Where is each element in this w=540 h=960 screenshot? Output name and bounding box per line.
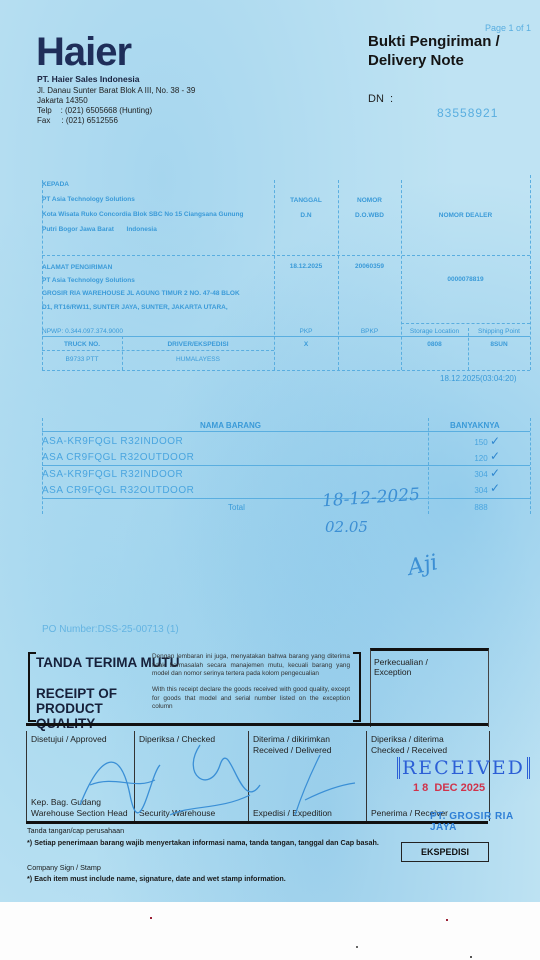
stamp-company: PT. GROSIR RIA JAYA xyxy=(430,811,540,833)
sign-note-id-label: Tanda tangan/cap perusahaan xyxy=(27,826,124,835)
items-border-right xyxy=(530,418,531,514)
document-title-en: Delivery Note xyxy=(368,52,464,69)
do-value: 20060359 xyxy=(338,263,401,270)
sign-note-id: *) Setiap penerimaan barang wajib menyer… xyxy=(27,838,379,847)
kepada-line: PT Asia Technology Solutions xyxy=(42,196,135,203)
do-wbd-header: D.O.WBD xyxy=(338,212,401,219)
kepada-line: Putri Bogor Jawa Barat Indonesia xyxy=(42,226,157,233)
alamat-line: D1, RT16/RW11, SUNTER JAYA, SUNTER, JAKA… xyxy=(42,304,228,311)
items-border-left xyxy=(42,418,43,514)
check-mark-icon: ✓ xyxy=(490,466,500,480)
tanda-terima-mutu-text: Dengan lembaran ini juga, menyatakan bah… xyxy=(152,653,350,679)
check-mark-icon: ✓ xyxy=(490,449,500,463)
bracket-left xyxy=(28,652,36,722)
driver-value: HUMALAYESS xyxy=(122,356,274,363)
table-row-divider xyxy=(401,323,530,324)
haier-logo: Haier xyxy=(36,30,131,75)
pkp-header: PKP xyxy=(274,328,338,335)
items-row-line xyxy=(42,465,530,466)
check-mark-icon: ✓ xyxy=(490,434,500,448)
table-row-divider xyxy=(42,370,530,371)
item-name: ASA-KR9FQGL R32INDOOR xyxy=(42,469,183,480)
items-header-line xyxy=(42,431,530,432)
check-mark-icon: ✓ xyxy=(490,481,500,495)
alamat-line: PT Asia Technology Solutions xyxy=(42,277,135,284)
nomor-header: NOMOR xyxy=(338,197,401,204)
po-number: PO Number:DSS-25-00713 (1) xyxy=(42,624,179,635)
printed-timestamp: 18.12.2025(03:04:20) xyxy=(440,374,517,383)
signature-scribble-icon xyxy=(60,735,280,825)
document-title-id: Bukti Pengiriman / xyxy=(368,33,500,50)
nama-barang-header: NAMA BARANG xyxy=(200,421,261,430)
items-divider xyxy=(428,418,429,514)
items-row-line xyxy=(42,498,530,499)
handwritten-time: 02.05 xyxy=(325,518,368,536)
item-name: ASA CR9FQGL R32OUTDOOR xyxy=(42,485,194,496)
scan-speck xyxy=(470,956,472,958)
total-qty: 888 xyxy=(466,503,496,512)
stamp-word: RECEIVED xyxy=(397,757,530,779)
table-row-divider xyxy=(42,255,530,256)
truck-header: TRUCK NO. xyxy=(42,341,122,348)
alamat-label: ALAMAT PENGIRIMAN xyxy=(42,264,112,271)
company-city: Jakarta 14350 xyxy=(37,96,88,105)
company-name: PT. Haier Sales Indonesia xyxy=(37,74,140,84)
table-row-divider xyxy=(42,336,530,337)
alamat-line: GROSIR RIA WAREHOUSE JL AGUNG TIMUR 2 NO… xyxy=(42,290,240,297)
truck-value: B9733 PTT xyxy=(42,356,122,363)
table-row-divider xyxy=(42,350,274,351)
company-phone: Telp : (021) 6505668 (Hunting) xyxy=(37,106,152,115)
page-number: Page 1 of 1 xyxy=(485,23,531,33)
stamp-date: 1 8 DEC 2025 xyxy=(413,782,485,794)
sig-top-label: Diperiksa / diterima Checked / Received xyxy=(371,734,447,756)
scan-speck xyxy=(446,919,448,921)
storage-location-value: 0808 xyxy=(401,341,468,348)
exception-label: Perkecualian / Exception xyxy=(374,657,464,677)
table-border-right xyxy=(530,175,531,370)
copy-label-ekspedisi: EKSPEDISI xyxy=(401,842,489,862)
signature-scribble-icon xyxy=(285,745,365,820)
pkp-value: X xyxy=(274,341,338,348)
banyaknya-header: BANYAKNYA xyxy=(450,421,500,430)
company-address: Jl. Danau Sunter Barat Blok A III, No. 3… xyxy=(37,86,195,95)
delivery-note-page: Haier PT. Haier Sales Indonesia Jl. Dana… xyxy=(0,0,540,902)
driver-header: DRIVER/EKSPEDISI xyxy=(122,341,274,348)
total-label: Total xyxy=(228,503,245,512)
tanggal-value: 18.12.2025 xyxy=(274,263,338,270)
shipping-point-header: Shipping Point xyxy=(468,328,530,335)
nomor-dealer-header: NOMOR DEALER xyxy=(401,212,530,219)
scan-speck xyxy=(356,946,358,948)
handwritten-initials: Aji xyxy=(406,550,440,581)
tanggal-header: TANGGAL xyxy=(274,197,338,204)
bpkp-header: BPKP xyxy=(338,328,401,335)
bracket-right xyxy=(353,652,361,722)
kepada-line: Kota Wisata Ruko Concordia Blok SBC No 1… xyxy=(42,211,243,218)
table-divider xyxy=(338,180,339,370)
divider-thick xyxy=(26,723,488,726)
sign-note-en: *) Each item must include name, signatur… xyxy=(27,874,286,883)
dn-label: DN : xyxy=(368,93,393,105)
dealer-value: 0000078819 xyxy=(401,276,530,283)
npwp: NPWP: 0.344.097.374.9000 xyxy=(42,328,123,335)
sign-note-en-label: Company Sign / Stamp xyxy=(27,863,101,872)
storage-location-header: Storage Location xyxy=(401,328,468,335)
company-fax: Fax : (021) 6512556 xyxy=(37,116,118,125)
shipping-point-value: 8SUN xyxy=(468,341,530,348)
dn-number: 83558921 xyxy=(437,106,498,120)
dn-header: D.N xyxy=(274,212,338,219)
scan-speck xyxy=(150,917,152,919)
item-name: ASA-KR9FQGL R32INDOOR xyxy=(42,436,183,447)
receipt-quality-text: With this receipt declare the goods rece… xyxy=(152,686,350,712)
handwritten-date: 18-12-2025 xyxy=(321,485,420,512)
kepada-label: KEPADA xyxy=(42,181,69,188)
item-name: ASA CR9FQGL R32OUTDOOR xyxy=(42,452,194,463)
